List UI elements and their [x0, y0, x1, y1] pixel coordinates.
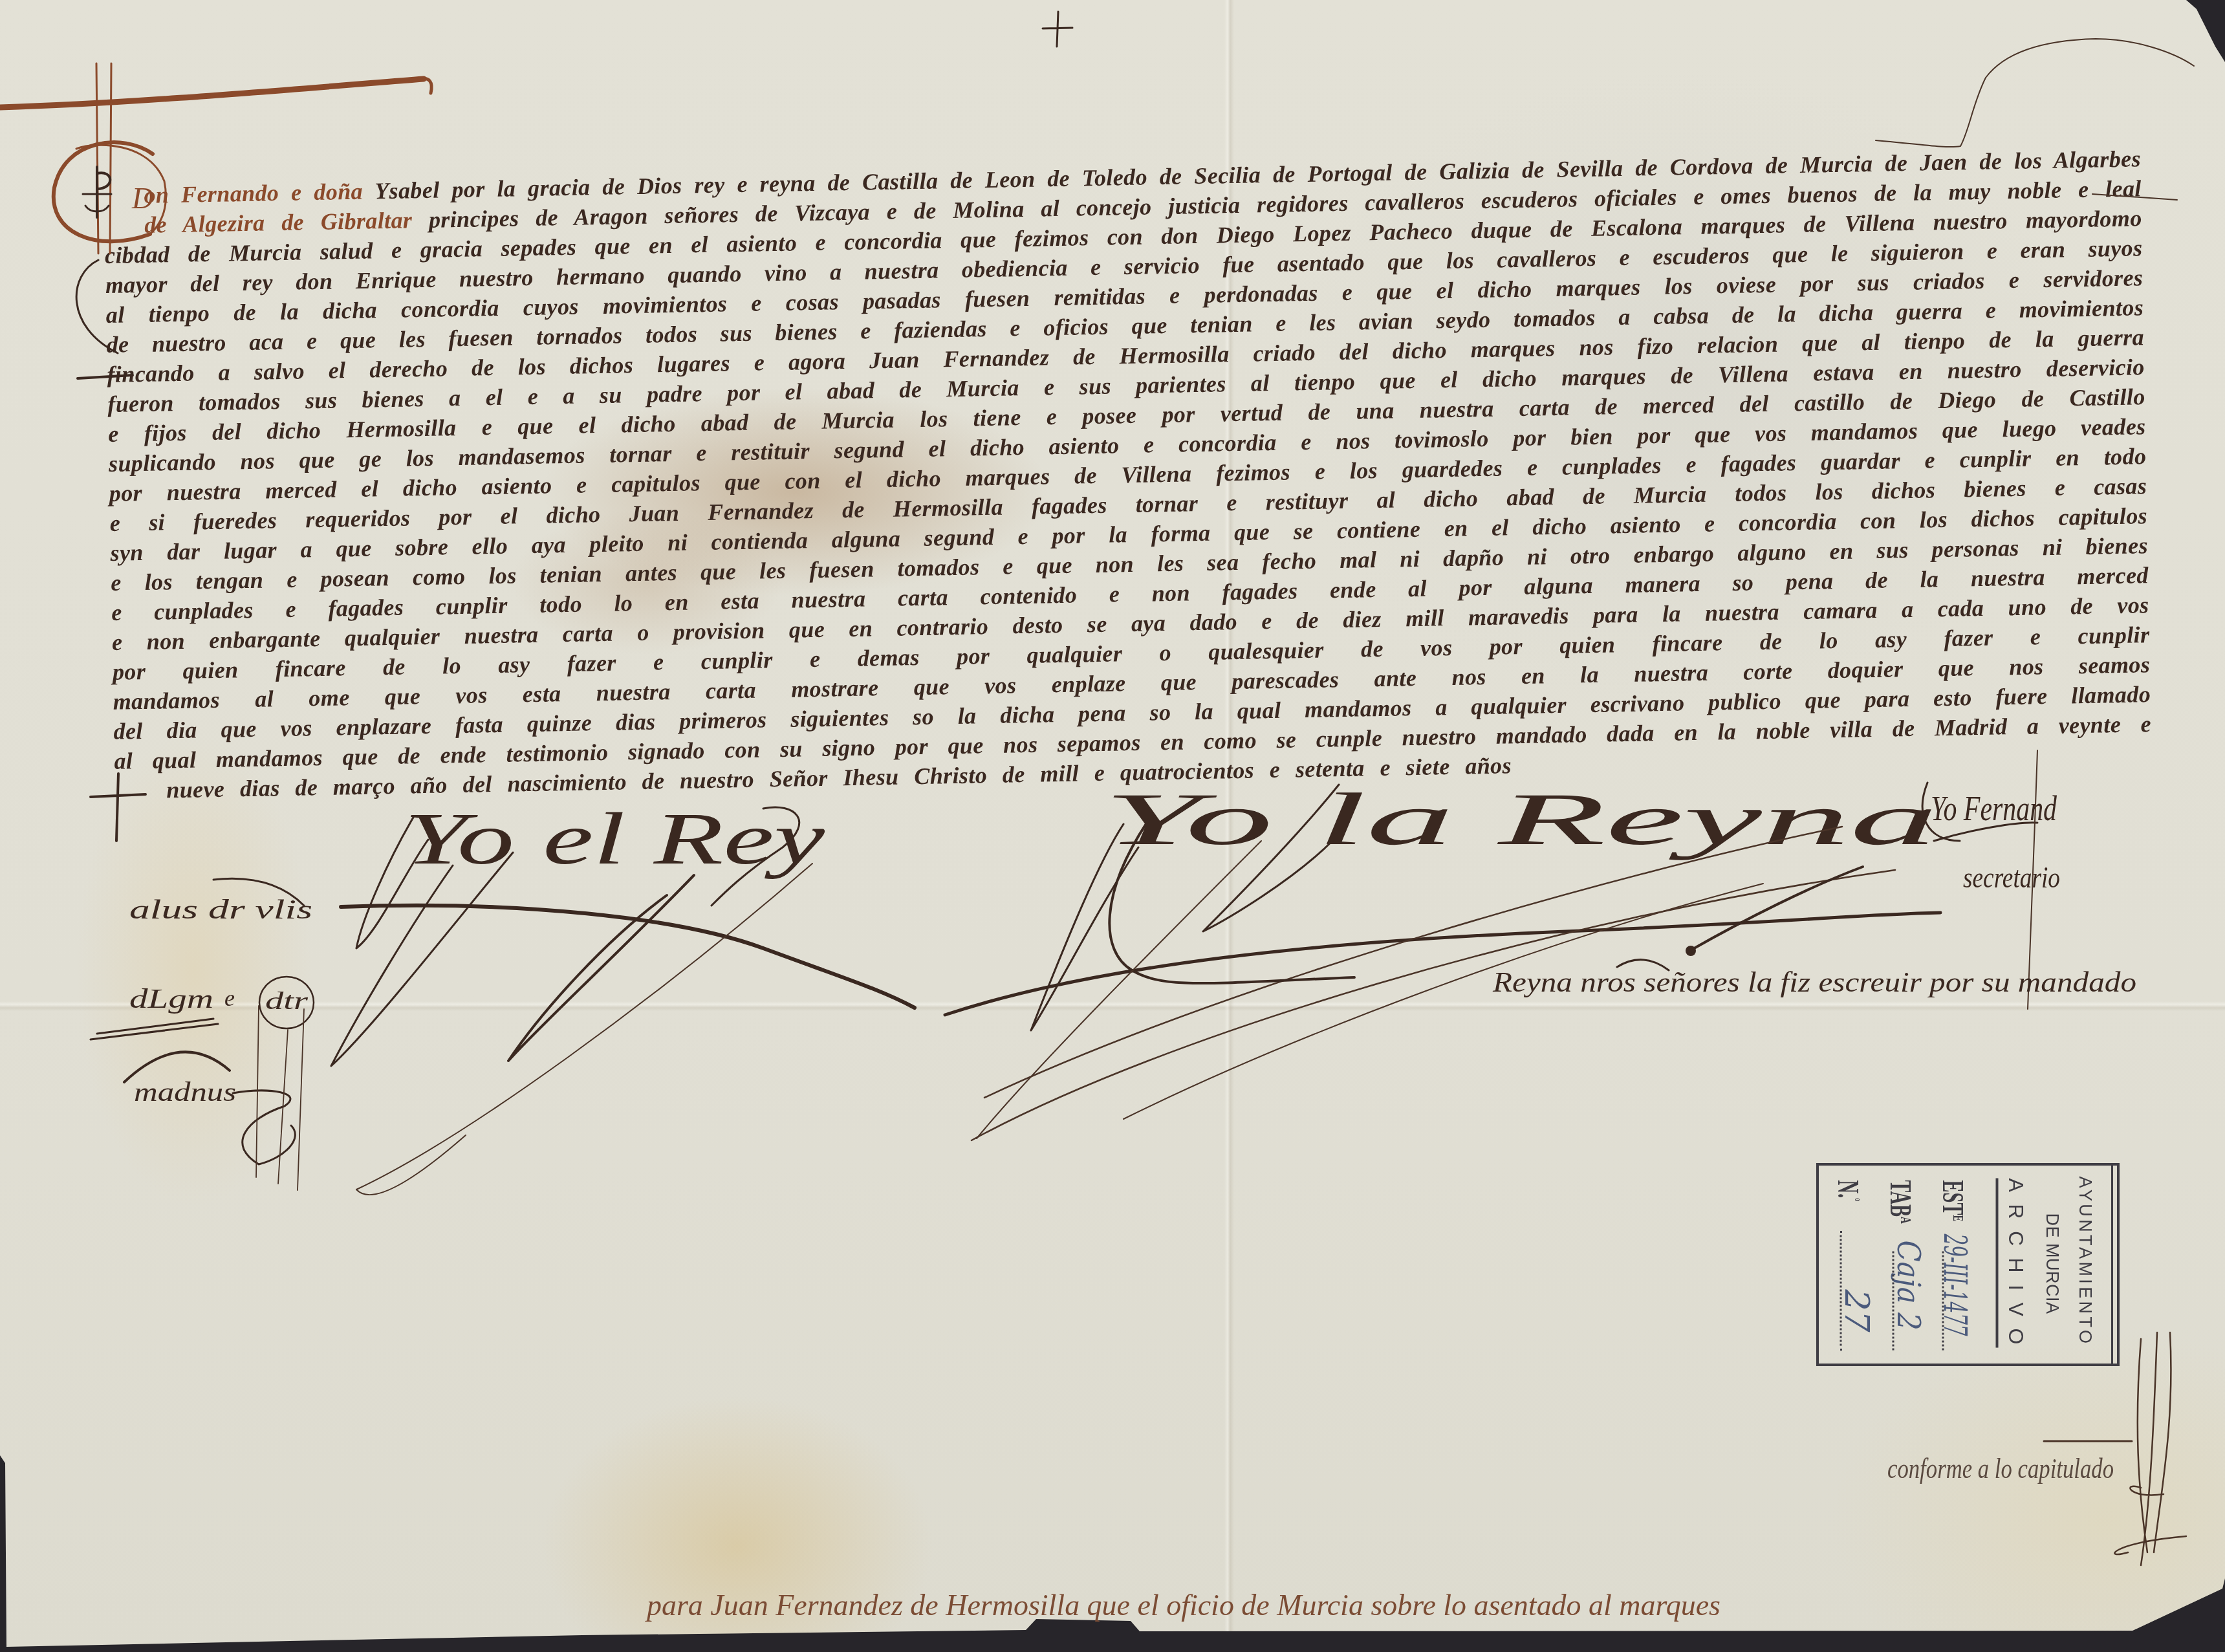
endorsement-note: para Juan Fernandez de Hermosilla que el…	[645, 1589, 1720, 1622]
ink-strokes-layer: D Yo el Rey Yo la Reyna	[0, 0, 2225, 1652]
margin-note: dLgm	[129, 984, 213, 1014]
stamp-dotted-line	[1892, 1251, 1894, 1350]
rubric-vertical	[96, 63, 98, 254]
stamp-field-label: ESTE	[1936, 1180, 1968, 1221]
margin-note: dtr	[265, 988, 308, 1015]
stamp-field-label: TABA	[1883, 1180, 1916, 1223]
stamp-header: DE MURCIA	[2043, 1213, 2061, 1314]
stamp-field-value: Caja 2	[1891, 1240, 1924, 1330]
stamp-section: ARCHIVO	[2004, 1178, 2026, 1356]
cross-mark-icon	[91, 774, 146, 841]
stamp-divider	[1995, 1178, 1998, 1347]
stamp-rotated-content: AYUNTAMIENTO DE MURCIA ARCHIVO ESTE 29-I…	[1819, 1166, 2117, 1364]
registration-note: conforme a lo capitulado	[1887, 1332, 2186, 1565]
stamp-field-value: 27	[1839, 1289, 1872, 1332]
stamp-header: AYUNTAMIENTO	[2076, 1176, 2094, 1346]
chrismon-icon	[83, 167, 111, 217]
margin-note: madnus	[134, 1078, 236, 1107]
archive-stamp: AYUNTAMIENTO DE MURCIA ARCHIVO ESTE 29-I…	[1816, 1163, 2120, 1366]
queen-signature-text: Yo la Reyna	[1103, 778, 1938, 860]
paraph-icon	[233, 1091, 295, 1164]
initial-glyph: D	[131, 182, 153, 215]
cross-mark-icon	[1043, 12, 1072, 47]
king-signature-text: Yo el Rey	[404, 798, 825, 880]
council-signatures-margin: alus dr vlis dLgm e dtr madnus	[91, 878, 314, 1190]
rubric-vertical	[110, 63, 111, 254]
text-margin-marks	[76, 12, 2194, 841]
queen-signature: Yo la Reyna	[945, 778, 1940, 1140]
secretary-title: secretario	[1963, 861, 2060, 894]
stamp-dotted-line	[1840, 1230, 1841, 1350]
secretary-attestation: Reyna nros señores la fiz escreuir por s…	[1492, 966, 2136, 998]
margin-note: alus dr vlis	[129, 895, 312, 925]
conforme-note: conforme a lo capitulado	[1887, 1453, 2114, 1484]
top-right-flourish	[1876, 39, 2194, 147]
bracket-stroke	[76, 260, 118, 353]
rubric-stroke	[0, 79, 424, 107]
king-signature: Yo el Rey	[331, 798, 915, 1195]
secretary-name: Yo Fernand	[1931, 789, 2057, 828]
line-mark	[78, 375, 133, 378]
stamp-dotted-line	[1942, 1251, 1944, 1350]
line-end-flourish	[2092, 194, 2177, 200]
paraph-icon	[2114, 1332, 2186, 1565]
stamp-field-label: N.º	[1831, 1180, 1863, 1201]
margin-note: e	[224, 985, 235, 1011]
